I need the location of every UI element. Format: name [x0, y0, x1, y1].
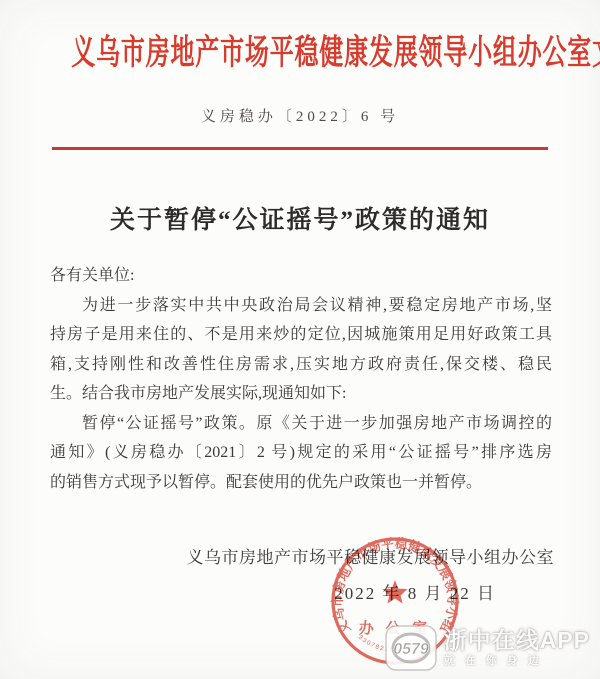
- app-logo-text: 0579: [393, 641, 429, 658]
- issuing-authority: 义乌市房地产市场平稳健康发展领导小组办公室: [0, 543, 600, 568]
- watermark-slogan: 就在你身边: [444, 656, 590, 667]
- paragraph-line: 箱,支持刚性和改善性住房需求,压实地方政府责任,保交楼、稳民: [50, 350, 552, 380]
- app-watermark: 0579 浙中在线APP 就在你身边: [385, 625, 590, 671]
- paragraph-line: 通知》(义房稳办〔2021〕2 号)规定的采用“公证摇号”排序选房: [50, 438, 552, 468]
- watermark-app-name: 浙中在线APP: [444, 629, 590, 652]
- paragraph-line: 的销售方式现予以暂停。配套使用的优先户政策也一并暂停。: [50, 468, 552, 498]
- salutation: 各有关单位:: [50, 261, 552, 291]
- paragraph-line: 为进一步落实中共中央政治局会议精神,要稳定房地产市场,坚: [50, 291, 552, 321]
- document-number: 义房稳办〔2022〕6 号: [0, 105, 600, 126]
- letterhead: 义乌市房地产市场平稳健康发展领导小组办公室文件: [0, 27, 600, 71]
- paragraph-line: 生。结合我市房地产发展实际,现通知如下:: [50, 379, 552, 409]
- scanned-official-document: 义乌市房地产市场平稳健康发展领导小组办公室文件 义房稳办〔2022〕6 号 关于…: [0, 0, 600, 679]
- document-body: 各有关单位: 为进一步落实中共中央政治局会议精神,要稳定房地产市场,坚 持房子是…: [0, 261, 600, 497]
- red-separator-line: [52, 147, 548, 150]
- letterhead-title: 义乌市房地产市场平稳健康发展领导小组办公室文件: [71, 24, 600, 75]
- document-title: 关于暂停“公证摇号”政策的通知: [0, 200, 600, 236]
- paragraph-line: 持房子是用来住的、不是用来炒的定位,因城施策用足用好政策工具: [50, 320, 552, 350]
- document-date: 2022 年 8 月 22 日: [0, 579, 600, 604]
- paragraph-line: 暂停“公证摇号”政策。原《关于进一步加强房地产市场调控的: [50, 409, 552, 439]
- app-logo-icon: 0579: [385, 625, 437, 671]
